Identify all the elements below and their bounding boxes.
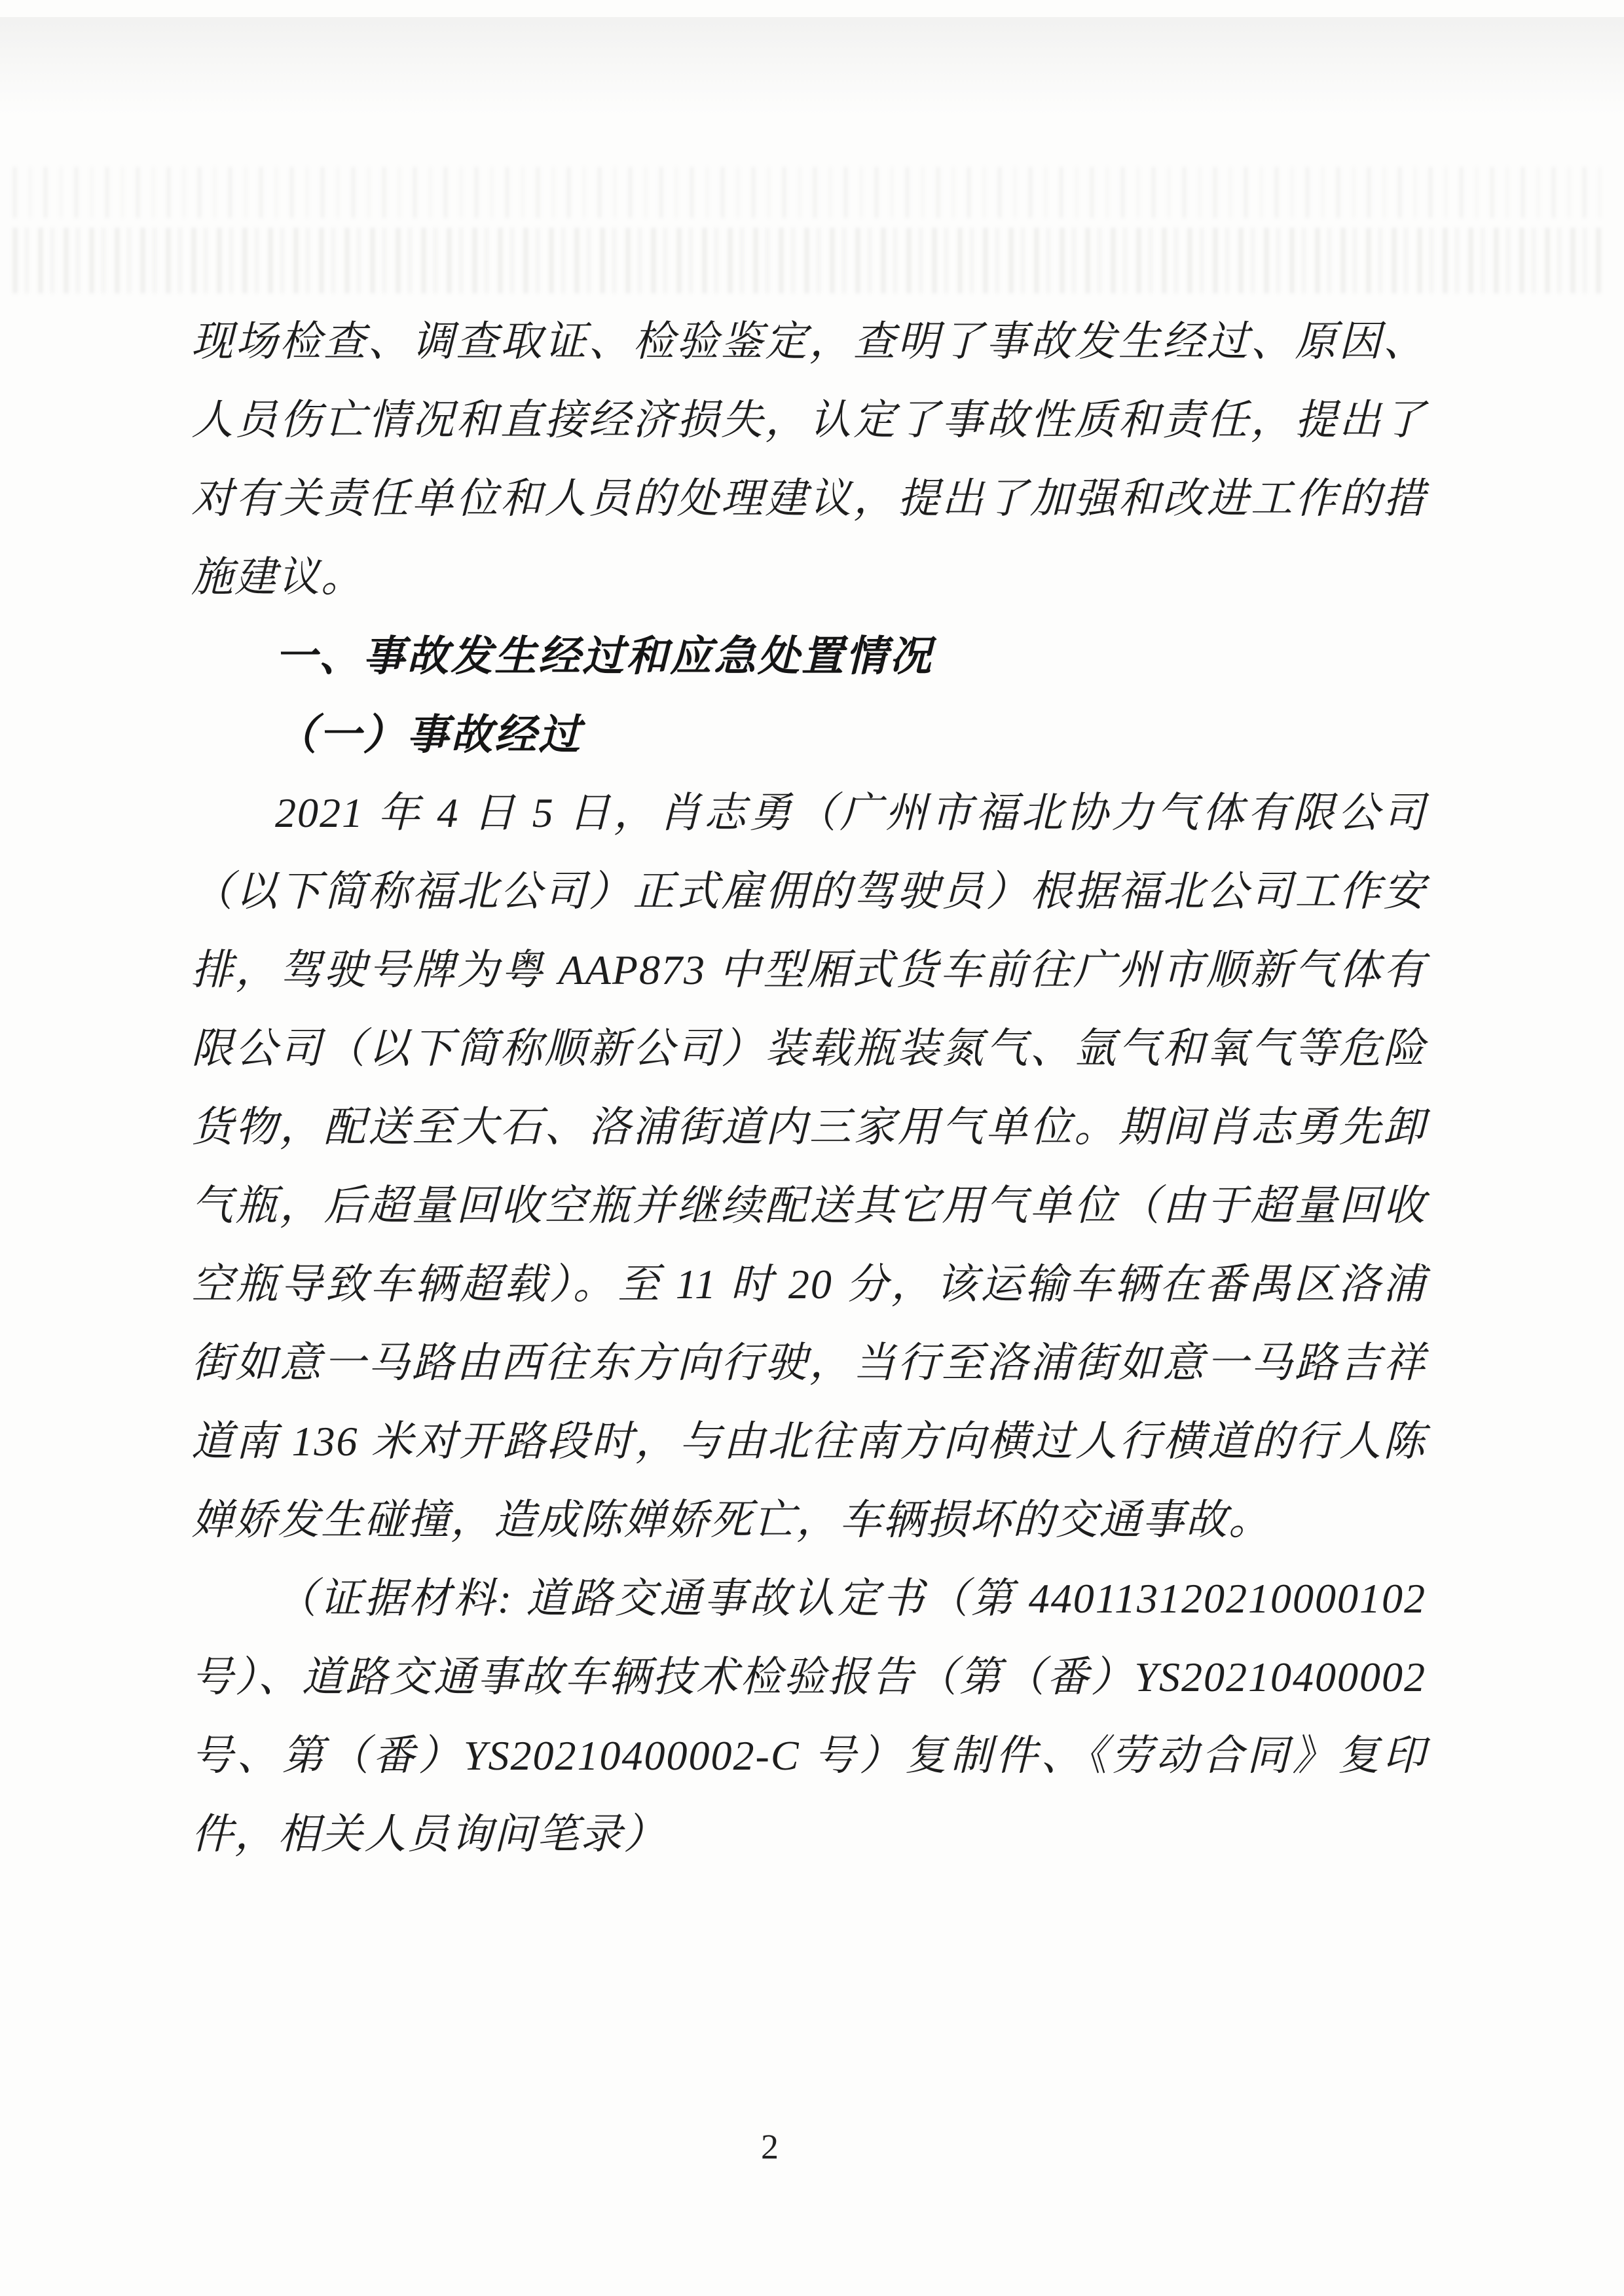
section-heading-level2: （一）事故经过 [191, 695, 1426, 774]
section-heading-level1: 一、事故发生经过和应急处置情况 [191, 617, 1426, 695]
bleed-through-artifact [13, 167, 1604, 218]
document-body: 现场检查、调查取证、检验鉴定，查明了事故发生经过、原因、人员伤亡情况和直接经济损… [191, 302, 1426, 1874]
scanned-document-page: 现场检查、调查取证、检验鉴定，查明了事故发生经过、原因、人员伤亡情况和直接经济损… [0, 0, 1624, 2296]
page-number: 2 [761, 2126, 779, 2167]
paragraph-continuation: 现场检查、调查取证、检验鉴定，查明了事故发生经过、原因、人员伤亡情况和直接经济损… [191, 302, 1426, 617]
paragraph-accident-course: 2021 年 4 日 5 日，肖志勇（广州市福北协力气体有限公司（以下简称福北公… [191, 774, 1426, 1559]
paragraph-evidence-materials: （证据材料: 道路交通事故认定书（第 440113120210000102 号）… [191, 1559, 1426, 1874]
bleed-through-artifact [13, 228, 1604, 293]
scan-top-shading [0, 17, 1624, 115]
